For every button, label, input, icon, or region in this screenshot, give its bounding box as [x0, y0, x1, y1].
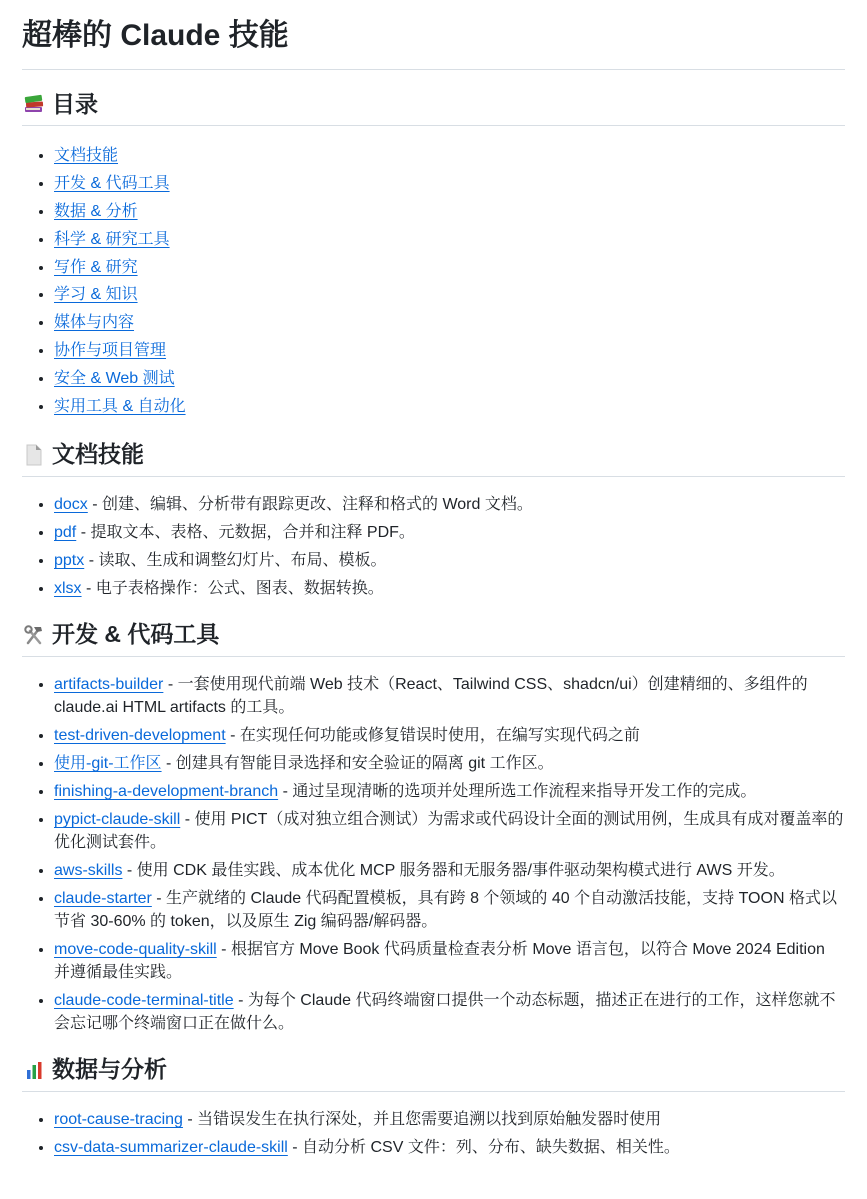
toc-link-security[interactable]: 安全 & Web 测试 [54, 370, 175, 387]
skill-link-test-driven-development[interactable]: test-driven-development [54, 727, 226, 744]
skill-link-xlsx[interactable]: xlsx [54, 580, 82, 597]
skill-item: test-driven-development - 在实现任何功能或修复错误时使… [54, 724, 845, 747]
toc-list: 文档技能 开发 & 代码工具 数据 & 分析 科学 & 研究工具 写作 & 研究… [22, 142, 845, 420]
skill-item: aws-skills - 使用 CDK 最佳实践、成本优化 MCP 服务器和无服… [54, 859, 845, 882]
toc-item: 学习 & 知识 [54, 281, 845, 309]
skill-link-claude-code-terminal-title[interactable]: claude-code-terminal-title [54, 992, 234, 1009]
skill-list-dev: artifacts-builder - 一套使用现代前端 Web 技术（Reac… [22, 673, 845, 1035]
toc-link-media[interactable]: 媒体与内容 [54, 314, 134, 331]
hammer-wrench-icon [22, 623, 46, 647]
skill-link-root-cause-tracing[interactable]: root-cause-tracing [54, 1111, 183, 1128]
section-heading-data: 数据与分析 [22, 1055, 845, 1092]
toc-link-writing[interactable]: 写作 & 研究 [54, 259, 138, 276]
toc-item: 实用工具 & 自动化 [54, 393, 845, 421]
bar-chart-icon [22, 1058, 46, 1082]
skill-item: pypict-claude-skill - 使用 PICT（成对独立组合测试）为… [54, 808, 845, 854]
skill-description: - 当错误发生在执行深处，并且您需要追溯以找到原始触发器时使用 [183, 1111, 661, 1128]
skill-link-pypict-claude-skill[interactable]: pypict-claude-skill [54, 811, 180, 828]
toc-item: 写作 & 研究 [54, 254, 845, 282]
toc-link-collab[interactable]: 协作与项目管理 [54, 342, 166, 359]
toc-item: 文档技能 [54, 142, 845, 170]
skill-link-aws-skills[interactable]: aws-skills [54, 862, 122, 879]
skill-description: - 在实现任何功能或修复错误时使用，在编写实现代码之前 [226, 727, 640, 744]
toc-link-dev[interactable]: 开发 & 代码工具 [54, 175, 170, 192]
toc-link-data[interactable]: 数据 & 分析 [54, 203, 138, 220]
skill-item: docx - 创建、编辑、分析带有跟踪更改、注释和格式的 Word 文档。 [54, 493, 845, 516]
skill-item: move-code-quality-skill - 根据官方 Move Book… [54, 938, 845, 984]
section-heading-text: 数据与分析 [52, 1055, 167, 1085]
skill-link-docx[interactable]: docx [54, 496, 88, 513]
skill-item: pdf - 提取文本、表格、元数据，合并和注释 PDF。 [54, 521, 845, 544]
skill-link-csv-data-summarizer[interactable]: csv-data-summarizer-claude-skill [54, 1139, 288, 1156]
section-heading-text: 开发 & 代码工具 [52, 620, 219, 650]
skill-list-docs: docx - 创建、编辑、分析带有跟踪更改、注释和格式的 Word 文档。 pd… [22, 493, 845, 600]
toc-link-utilities[interactable]: 实用工具 & 自动化 [54, 398, 186, 415]
skill-description: - 自动分析 CSV 文件：列、分布、缺失数据、相关性。 [288, 1139, 680, 1156]
skill-description: - 电子表格操作：公式、图表、数据转换。 [82, 580, 384, 597]
section-heading-text: 文档技能 [52, 440, 144, 470]
toc-item: 数据 & 分析 [54, 198, 845, 226]
skill-item: claude-code-terminal-title - 为每个 Claude … [54, 989, 845, 1035]
toc-item: 科学 & 研究工具 [54, 226, 845, 254]
toc-item: 安全 & Web 测试 [54, 365, 845, 393]
page-title: 超棒的 Claude 技能 [22, 16, 845, 70]
skill-item: csv-data-summarizer-claude-skill - 自动分析 … [54, 1136, 845, 1159]
skill-description: - 通过呈现清晰的选项并处理所选工作流程来指导开发工作的完成。 [278, 783, 756, 800]
skill-description: - 提取文本、表格、元数据，合并和注释 PDF。 [76, 524, 415, 541]
skill-item: pptx - 读取、生成和调整幻灯片、布局、模板。 [54, 549, 845, 572]
toc-heading: 目录 [22, 90, 845, 127]
toc-link-docs[interactable]: 文档技能 [54, 147, 118, 164]
toc-link-science[interactable]: 科学 & 研究工具 [54, 231, 170, 248]
skill-description: - 创建、编辑、分析带有跟踪更改、注释和格式的 Word 文档。 [88, 496, 533, 513]
section-heading-dev: 开发 & 代码工具 [22, 620, 845, 657]
skill-item: artifacts-builder - 一套使用现代前端 Web 技术（Reac… [54, 673, 845, 719]
toc-item: 协作与项目管理 [54, 337, 845, 365]
readme-document: 超棒的 Claude 技能 目录 文档技能 开发 & 代码工具 数据 & 分析 … [0, 0, 867, 1159]
skill-link-pdf[interactable]: pdf [54, 524, 76, 541]
toc-item: 媒体与内容 [54, 309, 845, 337]
skill-link-git-worktree[interactable]: 使用-git-工作区 [54, 755, 162, 772]
skill-link-finishing-a-development-branch[interactable]: finishing-a-development-branch [54, 783, 278, 800]
skill-description: - 读取、生成和调整幻灯片、布局、模板。 [84, 552, 386, 569]
skill-item: claude-starter - 生产就绪的 Claude 代码配置模板，具有跨… [54, 887, 845, 933]
section-heading-docs: 文档技能 [22, 440, 845, 477]
books-icon [22, 92, 46, 116]
skill-link-move-code-quality-skill[interactable]: move-code-quality-skill [54, 941, 217, 958]
skill-description: - 使用 CDK 最佳实践、成本优化 MCP 服务器和无服务器/事件驱动架构模式… [122, 862, 784, 879]
toc-item: 开发 & 代码工具 [54, 170, 845, 198]
skill-link-claude-starter[interactable]: claude-starter [54, 890, 152, 907]
skill-item: finishing-a-development-branch - 通过呈现清晰的… [54, 780, 845, 803]
skill-item: root-cause-tracing - 当错误发生在执行深处，并且您需要追溯以… [54, 1108, 845, 1131]
skill-description: - 生产就绪的 Claude 代码配置模板，具有跨 8 个领域的 40 个自动激… [54, 890, 837, 930]
toc-heading-text: 目录 [52, 90, 98, 120]
skill-item: 使用-git-工作区 - 创建具有智能目录选择和安全验证的隔离 git 工作区。 [54, 752, 845, 775]
skill-description: - 创建具有智能目录选择和安全验证的隔离 git 工作区。 [162, 755, 554, 772]
page-icon [22, 443, 46, 467]
skill-link-artifacts-builder[interactable]: artifacts-builder [54, 676, 163, 693]
toc-link-learning[interactable]: 学习 & 知识 [54, 286, 138, 303]
skill-description: - 一套使用现代前端 Web 技术（React、Tailwind CSS、sha… [54, 676, 808, 716]
skill-list-data: root-cause-tracing - 当错误发生在执行深处，并且您需要追溯以… [22, 1108, 845, 1159]
skill-item: xlsx - 电子表格操作：公式、图表、数据转换。 [54, 577, 845, 600]
skill-link-pptx[interactable]: pptx [54, 552, 84, 569]
